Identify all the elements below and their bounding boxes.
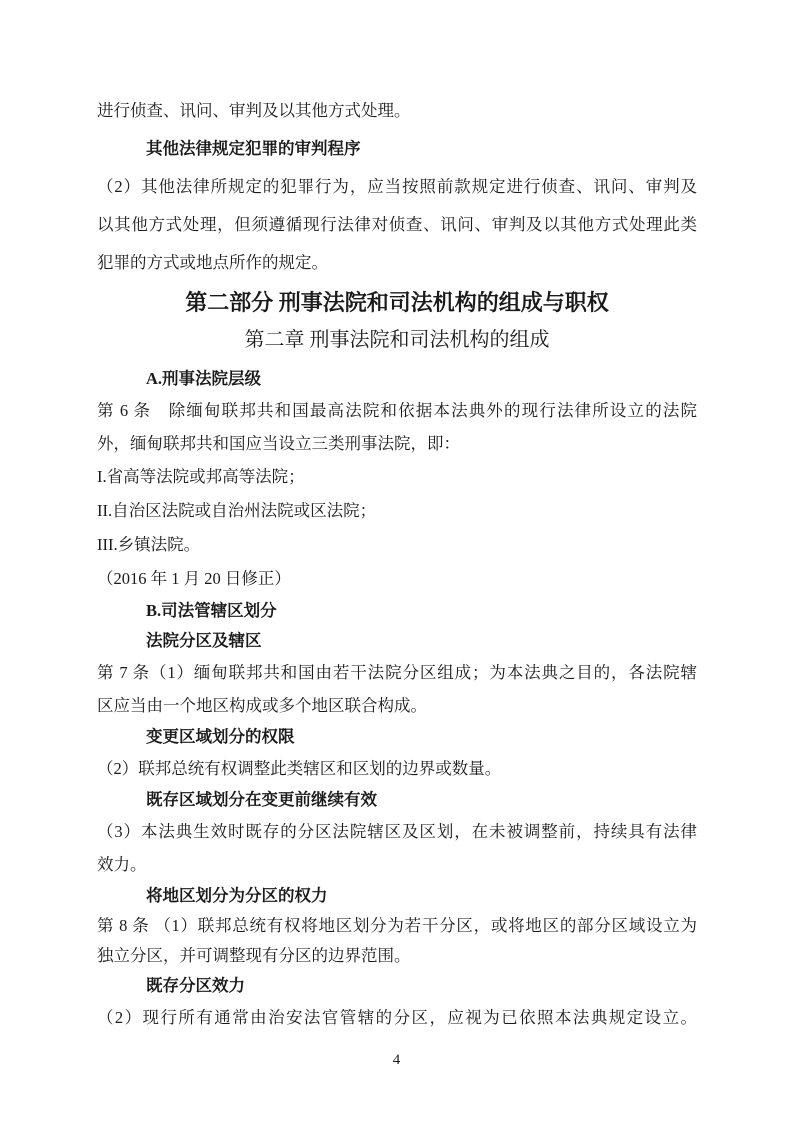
bold-subheading: 将地区划分为分区的权力 bbox=[97, 881, 697, 911]
text-line: （2）联邦总统有权调整此类辖区和区划的边界或数量。 bbox=[97, 752, 697, 785]
text-line: 独立分区，并可调整现有分区的边界范围。 bbox=[97, 941, 697, 971]
bold-subheading: 变更区域划分的权限 bbox=[97, 722, 697, 752]
bold-subheading: 既存区域划分在变更前继续有效 bbox=[97, 785, 697, 815]
paragraph: 第 8 条 （1）联邦总统有权将地区划分为若干分区，或将地区的部分区域设立为独立… bbox=[97, 911, 697, 971]
paragraph: （2）现行所有通常由治安法官管辖的分区，应视为已依照本法典规定设立。 bbox=[97, 1001, 697, 1034]
text-line: 外，缅甸联邦共和国应当设立三类刑事法院，即： bbox=[97, 427, 697, 460]
chapter-heading: 第二章 刑事法院和司法机构的组成 bbox=[97, 326, 697, 354]
paragraph: （2）联邦总统有权调整此类辖区和区划的边界或数量。 bbox=[97, 752, 697, 785]
bold-subheading: B.司法管辖区划分 bbox=[97, 596, 697, 626]
paragraph: （3）本法典生效时既存的分区法院辖区及区划，在未被调整前，持续具有法律效力。 bbox=[97, 815, 697, 881]
text-line: 进行侦查、讯问、审判及以其他方式处理。 bbox=[97, 92, 697, 130]
text-line: 第 6 条 除缅甸联邦共和国最高法院和依据本法典外的现行法律所设立的法院 bbox=[97, 394, 697, 427]
bold-subheading: 法院分区及辖区 bbox=[97, 626, 697, 656]
text-line: 犯罪的方式或地点所作的规定。 bbox=[97, 244, 697, 282]
text-line: 第 7 条（1）缅甸联邦共和国由若干法院分区组成；为本法典之目的，各法院辖 bbox=[97, 656, 697, 689]
list-item: II.自治区法院或自治州法院或区法院； bbox=[97, 494, 697, 528]
text-line: （2）其他法律所规定的犯罪行为，应当按照前款规定进行侦查、讯问、审判及 bbox=[97, 168, 697, 206]
list-item: III.乡镇法院。 bbox=[97, 528, 697, 562]
text-line: 第 8 条 （1）联邦总统有权将地区划分为若干分区，或将地区的部分区域设立为 bbox=[97, 911, 697, 941]
page-number: 4 bbox=[0, 1052, 793, 1069]
paragraph: 进行侦查、讯问、审判及以其他方式处理。 bbox=[97, 92, 697, 130]
list-item: I.省高等法院或邦高等法院； bbox=[97, 460, 697, 494]
paragraph: 第 6 条 除缅甸联邦共和国最高法院和依据本法典外的现行法律所设立的法院外，缅甸… bbox=[97, 394, 697, 460]
text-line: 以其他方式处理，但须遵循现行法律对侦查、讯问、审判及以其他方式处理此类 bbox=[97, 206, 697, 244]
paragraph: 第 7 条（1）缅甸联邦共和国由若干法院分区组成；为本法典之目的，各法院辖区应当… bbox=[97, 656, 697, 722]
document-page: 进行侦查、讯问、审判及以其他方式处理。其他法律规定犯罪的审判程序（2）其他法律所… bbox=[0, 0, 793, 1122]
text-line: （3）本法典生效时既存的分区法院辖区及区划，在未被调整前，持续具有法律 bbox=[97, 815, 697, 848]
paragraph: （2）其他法律所规定的犯罪行为，应当按照前款规定进行侦查、讯问、审判及以其他方式… bbox=[97, 168, 697, 282]
document-content: 进行侦查、讯问、审判及以其他方式处理。其他法律规定犯罪的审判程序（2）其他法律所… bbox=[97, 92, 697, 1034]
text-line: （2）现行所有通常由治安法官管辖的分区，应视为已依照本法典规定设立。 bbox=[97, 1001, 697, 1034]
bold-subheading: 既存分区效力 bbox=[97, 971, 697, 1001]
text-line: 效力。 bbox=[97, 848, 697, 881]
part-heading: 第二部分 刑事法院和司法机构的组成与职权 bbox=[97, 288, 697, 318]
bold-subheading: 其他法律规定犯罪的审判程序 bbox=[97, 130, 697, 168]
amendment-note: （2016 年 1 月 20 日修正） bbox=[97, 562, 697, 596]
bold-subheading: A.刑事法院层级 bbox=[97, 364, 697, 394]
text-line: 区应当由一个地区构成或多个地区联合构成。 bbox=[97, 689, 697, 722]
